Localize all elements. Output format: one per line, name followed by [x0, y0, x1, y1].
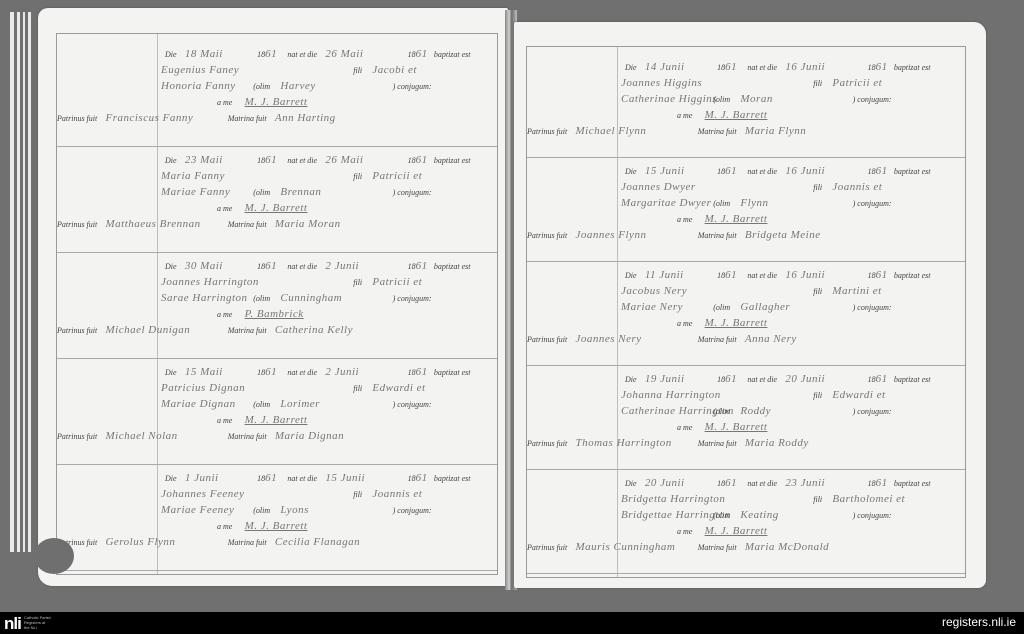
- label-nat-et-die: nat et die: [747, 63, 777, 72]
- label-filius: fili: [813, 183, 822, 192]
- label-die: Die: [165, 368, 177, 377]
- label-patrinus: Patrinus fuit: [527, 231, 567, 240]
- label-matrina: Matrina fuit: [698, 231, 737, 240]
- birth-date: 20 Junii: [645, 477, 715, 489]
- label-baptizat: baptizat est: [894, 63, 931, 72]
- register-viewer: Die 18 Maii 1861 nat et die 26 Maii 1861…: [0, 0, 1024, 612]
- label-year: 18: [868, 63, 876, 72]
- label-year: 18: [717, 479, 725, 488]
- nli-logo[interactable]: nli: [4, 614, 21, 634]
- left-page-frame: Die 18 Maii 1861 nat et die 26 Maii 1861…: [56, 33, 498, 575]
- register-entry: Die 18 Maii 1861 nat et die 26 Maii 1861…: [57, 42, 497, 147]
- birth-year: 61: [725, 477, 737, 489]
- register-entry: Die 1 Junii 1861 nat et die 15 Junii 186…: [57, 466, 497, 571]
- baptism-year: 61: [416, 366, 428, 378]
- label-year: 18: [408, 156, 416, 165]
- godfather-name: Joannes Nery: [575, 333, 695, 345]
- label-patrinus: Patrinus fuit: [527, 439, 567, 448]
- mother-name: Mariae Feeney: [161, 504, 251, 516]
- birth-date: 19 Junii: [645, 373, 715, 385]
- label-matrina: Matrina fuit: [228, 220, 267, 229]
- label-nat-et-die: nat et die: [287, 156, 317, 165]
- label-year: 18: [408, 474, 416, 483]
- label-year: 18: [868, 271, 876, 280]
- birth-year: 61: [265, 260, 277, 272]
- label-filius: fili: [353, 490, 362, 499]
- baptism-date: 2 Junii: [325, 366, 405, 378]
- label-filius: fili: [353, 172, 362, 181]
- father-name: Patricii et: [832, 77, 882, 89]
- mother-name: Mariae Fanny: [161, 186, 251, 198]
- label-baptizat: baptizat est: [894, 271, 931, 280]
- baptism-date: 20 Junii: [785, 373, 865, 385]
- godmother-name: Bridgeta Meine: [745, 229, 821, 241]
- logo-subtitle: Catholic Parish Registers at the NLI: [24, 615, 51, 630]
- godmother-name: Maria Roddy: [745, 437, 809, 449]
- label-die: Die: [625, 479, 637, 488]
- label-conjugum: ) conjugum:: [853, 303, 892, 312]
- baptism-date: 2 Junii: [325, 260, 405, 272]
- baptism-date: 23 Junii: [785, 477, 865, 489]
- label-filius: fili: [813, 287, 822, 296]
- register-entry: Die 11 Junii 1861 nat et die 16 Junii 18…: [527, 263, 965, 366]
- birth-date: 1 Junii: [185, 472, 255, 484]
- label-nat-et-die: nat et die: [287, 50, 317, 59]
- label-baptizat: baptizat est: [434, 474, 471, 483]
- label-die: Die: [165, 262, 177, 271]
- label-year: 18: [868, 167, 876, 176]
- mother-name: Catherinae Higgins: [621, 93, 711, 105]
- label-conjugum: ) conjugum:: [853, 199, 892, 208]
- mother-name: Bridgettae Harrington: [621, 509, 711, 521]
- label-filius: fili: [353, 66, 362, 75]
- baptism-year: 61: [876, 165, 888, 177]
- godmother-name: Maria McDonald: [745, 541, 829, 553]
- child-name: Patricius Dignan: [161, 382, 321, 394]
- birth-date: 15 Junii: [645, 165, 715, 177]
- label-die: Die: [165, 50, 177, 59]
- label-olim: (olim: [713, 95, 730, 104]
- label-filius: fili: [813, 79, 822, 88]
- label-patrinus: Patrinus fuit: [527, 543, 567, 552]
- father-name: Edwardi et: [372, 382, 425, 394]
- birth-year: 61: [725, 269, 737, 281]
- label-conjugum: ) conjugum:: [393, 506, 432, 515]
- father-name: Patricii et: [372, 170, 422, 182]
- child-name: Johannes Feeney: [161, 488, 321, 500]
- godfather-name: Thomas Harrington: [575, 437, 695, 449]
- label-matrina: Matrina fuit: [698, 127, 737, 136]
- label-olim: (olim: [253, 294, 270, 303]
- label-nat-et-die: nat et die: [287, 368, 317, 377]
- label-year: 18: [868, 375, 876, 384]
- birth-date: 11 Junii: [645, 269, 715, 281]
- site-link[interactable]: registers.nli.ie: [942, 615, 1016, 629]
- birth-year: 61: [265, 48, 277, 60]
- mother-name: Mariae Dignan: [161, 398, 251, 410]
- label-a-me: a me: [677, 319, 692, 328]
- mother-maiden-name: Harvey: [280, 80, 390, 92]
- birth-year: 61: [265, 154, 277, 166]
- godmother-name: Anna Nery: [745, 333, 797, 345]
- baptism-date: 26 Maii: [325, 154, 405, 166]
- footer-bar: nli Catholic Parish Registers at the NLI…: [0, 612, 1024, 634]
- label-baptizat: baptizat est: [434, 50, 471, 59]
- label-year: 18: [868, 479, 876, 488]
- label-patrinus: Patrinus fuit: [57, 432, 97, 441]
- label-a-me: a me: [677, 111, 692, 120]
- label-nat-et-die: nat et die: [287, 262, 317, 271]
- birth-year: 61: [265, 366, 277, 378]
- label-die: Die: [625, 167, 637, 176]
- register-entry: Die 15 Junii 1861 nat et die 16 Junii 18…: [527, 159, 965, 262]
- mother-maiden-name: Moran: [740, 93, 850, 105]
- label-olim: (olim: [253, 82, 270, 91]
- baptism-year: 61: [876, 373, 888, 385]
- baptism-date: 15 Junii: [325, 472, 405, 484]
- label-olim: (olim: [713, 511, 730, 520]
- birth-date: 14 Junii: [645, 61, 715, 73]
- birth-date: 23 Maii: [185, 154, 255, 166]
- baptism-date: 16 Junii: [785, 269, 865, 281]
- priest-name: M. J. Barrett: [245, 202, 308, 214]
- child-name: Joannes Harrington: [161, 276, 321, 288]
- birth-year: 61: [725, 165, 737, 177]
- register-entry: Die 20 Junii 1861 nat et die 23 Junii 18…: [527, 471, 965, 574]
- label-a-me: a me: [217, 416, 232, 425]
- mother-maiden-name: Cunningham: [280, 292, 390, 304]
- label-nat-et-die: nat et die: [747, 167, 777, 176]
- mother-name: Honoria Fanny: [161, 80, 251, 92]
- label-patrinus: Patrinus fuit: [57, 220, 97, 229]
- label-olim: (olim: [713, 407, 730, 416]
- mother-maiden-name: Flynn: [740, 197, 850, 209]
- label-year: 18: [257, 50, 265, 59]
- godfather-name: Gerolus Flynn: [105, 536, 225, 548]
- baptism-year: 61: [876, 269, 888, 281]
- label-filius: fili: [353, 278, 362, 287]
- mother-maiden-name: Lorimer: [280, 398, 390, 410]
- godmother-name: Catherina Kelly: [275, 324, 353, 336]
- father-name: Jacobi et: [372, 64, 417, 76]
- label-die: Die: [625, 63, 637, 72]
- child-name: Joannes Higgins: [621, 77, 781, 89]
- register-entry: Die 14 Junii 1861 nat et die 16 Junii 18…: [527, 55, 965, 158]
- godmother-name: Maria Flynn: [745, 125, 806, 137]
- label-baptizat: baptizat est: [894, 479, 931, 488]
- baptism-date: 26 Maii: [325, 48, 405, 60]
- label-matrina: Matrina fuit: [698, 335, 737, 344]
- birth-year: 61: [265, 472, 277, 484]
- right-page-frame: Die 14 Junii 1861 nat et die 16 Junii 18…: [526, 46, 966, 578]
- label-year: 18: [257, 368, 265, 377]
- page-hole: [34, 538, 74, 574]
- label-die: Die: [625, 375, 637, 384]
- mother-name: Margaritae Dwyer: [621, 197, 711, 209]
- baptism-year: 61: [416, 260, 428, 272]
- register-entry: Die 19 Junii 1861 nat et die 20 Junii 18…: [527, 367, 965, 470]
- label-year: 18: [408, 50, 416, 59]
- label-die: Die: [165, 474, 177, 483]
- child-name: Jacobus Nery: [621, 285, 781, 297]
- priest-name: M. J. Barrett: [705, 317, 768, 329]
- label-conjugum: ) conjugum:: [393, 82, 432, 91]
- mother-maiden-name: Roddy: [740, 405, 850, 417]
- label-year: 18: [717, 375, 725, 384]
- priest-name: M. J. Barrett: [705, 525, 768, 537]
- baptism-date: 16 Junii: [785, 61, 865, 73]
- right-page: Die 14 Junii 1861 nat et die 16 Junii 18…: [514, 22, 986, 588]
- father-name: Joannis et: [832, 181, 882, 193]
- label-matrina: Matrina fuit: [228, 432, 267, 441]
- label-patrinus: Patrinus fuit: [527, 335, 567, 344]
- priest-name: M. J. Barrett: [705, 421, 768, 433]
- label-patrinus: Patrinus fuit: [57, 114, 97, 123]
- register-entry: Die 15 Maii 1861 nat et die 2 Junii 1861…: [57, 360, 497, 465]
- label-matrina: Matrina fuit: [698, 439, 737, 448]
- godmother-name: Maria Moran: [275, 218, 341, 230]
- label-conjugum: ) conjugum:: [853, 407, 892, 416]
- child-name: Johanna Harrington: [621, 389, 781, 401]
- label-matrina: Matrina fuit: [228, 538, 267, 547]
- godmother-name: Ann Harting: [275, 112, 336, 124]
- label-matrina: Matrina fuit: [698, 543, 737, 552]
- child-name: Bridgetta Harrington: [621, 493, 781, 505]
- label-nat-et-die: nat et die: [747, 375, 777, 384]
- label-conjugum: ) conjugum:: [853, 95, 892, 104]
- birth-date: 30 Maii: [185, 260, 255, 272]
- mother-maiden-name: Gallagher: [740, 301, 850, 313]
- baptism-year: 61: [876, 477, 888, 489]
- father-name: Edwardi et: [832, 389, 885, 401]
- godfather-name: Franciscus Fanny: [105, 112, 225, 124]
- label-patrinus: Patrinus fuit: [527, 127, 567, 136]
- label-a-me: a me: [217, 204, 232, 213]
- birth-year: 61: [725, 61, 737, 73]
- label-olim: (olim: [253, 506, 270, 515]
- label-a-me: a me: [677, 423, 692, 432]
- book-edge: [10, 12, 40, 552]
- birth-date: 18 Maii: [185, 48, 255, 60]
- priest-name: M. J. Barrett: [705, 109, 768, 121]
- child-name: Eugenius Faney: [161, 64, 321, 76]
- label-baptizat: baptizat est: [894, 167, 931, 176]
- label-year: 18: [257, 474, 265, 483]
- label-filius: fili: [813, 495, 822, 504]
- label-nat-et-die: nat et die: [747, 479, 777, 488]
- label-die: Die: [625, 271, 637, 280]
- father-name: Patricii et: [372, 276, 422, 288]
- label-year: 18: [717, 167, 725, 176]
- label-year: 18: [408, 368, 416, 377]
- child-name: Joannes Dwyer: [621, 181, 781, 193]
- label-a-me: a me: [677, 527, 692, 536]
- label-olim: (olim: [253, 188, 270, 197]
- father-name: Joannis et: [372, 488, 422, 500]
- label-a-me: a me: [677, 215, 692, 224]
- label-year: 18: [408, 262, 416, 271]
- label-filius: fili: [813, 391, 822, 400]
- godfather-name: Mauris Cunningham: [575, 541, 695, 553]
- baptism-year: 61: [416, 48, 428, 60]
- baptism-date: 16 Junii: [785, 165, 865, 177]
- label-year: 18: [717, 271, 725, 280]
- label-matrina: Matrina fuit: [228, 326, 267, 335]
- label-nat-et-die: nat et die: [747, 271, 777, 280]
- mother-name: Catherinae Harrington: [621, 405, 711, 417]
- label-year: 18: [257, 156, 265, 165]
- godfather-name: Michael Dunigan: [105, 324, 225, 336]
- mother-name: Sarae Harrington: [161, 292, 251, 304]
- birth-date: 15 Maii: [185, 366, 255, 378]
- godmother-name: Cecilia Flanagan: [275, 536, 360, 548]
- godfather-name: Joannes Flynn: [575, 229, 695, 241]
- baptism-year: 61: [416, 154, 428, 166]
- mother-maiden-name: Brennan: [280, 186, 390, 198]
- baptism-year: 61: [876, 61, 888, 73]
- birth-year: 61: [725, 373, 737, 385]
- godmother-name: Maria Dignan: [275, 430, 344, 442]
- label-a-me: a me: [217, 310, 232, 319]
- priest-name: M. J. Barrett: [245, 414, 308, 426]
- godfather-name: Michael Nolan: [105, 430, 225, 442]
- label-nat-et-die: nat et die: [287, 474, 317, 483]
- label-die: Die: [165, 156, 177, 165]
- label-a-me: a me: [217, 522, 232, 531]
- logo-subtitle-line: the NLI: [24, 625, 51, 630]
- register-entry: Die 30 Maii 1861 nat et die 2 Junii 1861…: [57, 254, 497, 359]
- label-baptizat: baptizat est: [434, 368, 471, 377]
- godfather-name: Matthaeus Brennan: [105, 218, 225, 230]
- label-matrina: Matrina fuit: [228, 114, 267, 123]
- register-entry: Die 23 Maii 1861 nat et die 26 Maii 1861…: [57, 148, 497, 253]
- label-olim: (olim: [253, 400, 270, 409]
- label-baptizat: baptizat est: [434, 262, 471, 271]
- left-page: Die 18 Maii 1861 nat et die 26 Maii 1861…: [38, 8, 508, 586]
- priest-name: P. Bambrick: [245, 308, 304, 320]
- label-olim: (olim: [713, 199, 730, 208]
- father-name: Martini et: [832, 285, 881, 297]
- mother-name: Mariae Nery: [621, 301, 711, 313]
- baptism-year: 61: [416, 472, 428, 484]
- label-year: 18: [717, 63, 725, 72]
- label-patrinus: Patrinus fuit: [57, 326, 97, 335]
- label-year: 18: [257, 262, 265, 271]
- label-conjugum: ) conjugum:: [853, 511, 892, 520]
- priest-name: M. J. Barrett: [245, 520, 308, 532]
- priest-name: M. J. Barrett: [705, 213, 768, 225]
- label-olim: (olim: [713, 303, 730, 312]
- label-baptizat: baptizat est: [434, 156, 471, 165]
- child-name: Maria Fanny: [161, 170, 321, 182]
- label-conjugum: ) conjugum:: [393, 400, 432, 409]
- mother-maiden-name: Keating: [740, 509, 850, 521]
- godfather-name: Michael Flynn: [575, 125, 695, 137]
- label-filius: fili: [353, 384, 362, 393]
- father-name: Bartholomei et: [832, 493, 905, 505]
- label-a-me: a me: [217, 98, 232, 107]
- label-baptizat: baptizat est: [894, 375, 931, 384]
- label-conjugum: ) conjugum:: [393, 294, 432, 303]
- label-conjugum: ) conjugum:: [393, 188, 432, 197]
- priest-name: M. J. Barrett: [245, 96, 308, 108]
- mother-maiden-name: Lyons: [280, 504, 390, 516]
